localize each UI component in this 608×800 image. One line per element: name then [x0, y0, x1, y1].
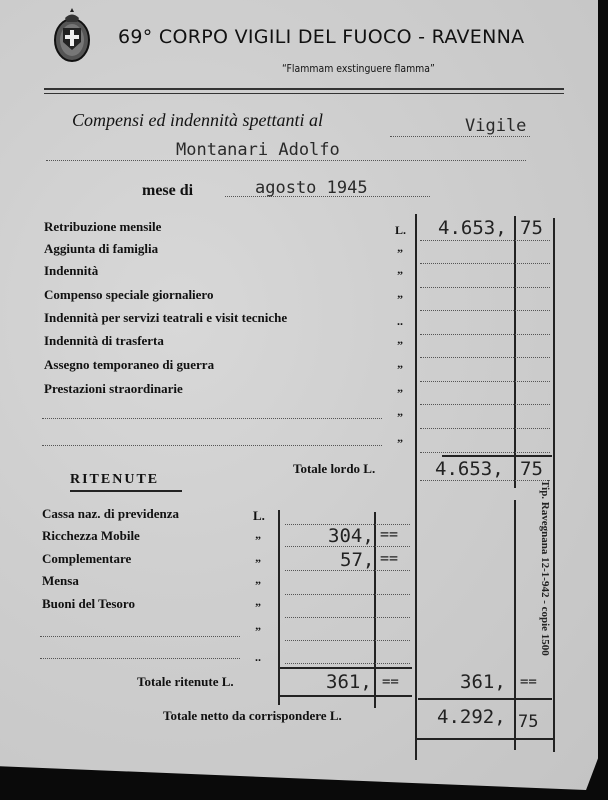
earning-amount-cents: 75: [520, 217, 543, 239]
earning-label: Compenso speciale giornaliero: [44, 287, 213, 303]
gross-total-cents: 75: [520, 458, 543, 480]
net-total-lire: 4.292,: [437, 706, 506, 728]
deduction-label: Cassa naz. di previdenza: [42, 506, 179, 522]
deduction-label: Ricchezza Mobile: [42, 528, 140, 544]
deduction-label: Buoni del Tesoro: [42, 596, 135, 612]
earning-label: Prestazioni straordinarie: [44, 381, 183, 397]
pay-slip-document: 69° CORPO VIGILI DEL FUOCO - RAVENNA “Fl…: [0, 0, 598, 790]
heading-intro: Compensi ed indennità spettanti al: [72, 110, 323, 131]
deduction-label: Complementare: [42, 551, 131, 567]
motto: “Flammam exstinguere flamma”: [282, 62, 435, 75]
net-total-label: Totale netto da corrispondere L.: [163, 708, 342, 724]
deductions-carried-lire: 361,: [460, 671, 506, 693]
earning-label: Indennità di trasferta: [44, 333, 164, 349]
rank-field: Vigile: [465, 116, 526, 136]
net-total-cents: 75: [518, 712, 538, 732]
deduction-amount-cents: ==: [380, 525, 398, 543]
month-label: mese di: [142, 182, 193, 200]
deductions-title: RITENUTE: [70, 472, 159, 488]
earning-label: Assegno temporaneo di guerra: [44, 357, 214, 373]
savoy-crest-icon: [52, 6, 92, 64]
deductions-total-lire: 361,: [326, 671, 372, 693]
deductions-total-cents: ==: [382, 674, 399, 690]
earning-label: Indennità: [44, 263, 98, 279]
deductions-total-label: Totale ritenute L.: [137, 674, 234, 690]
earning-label: Indennità per servizi teatrali e visit t…: [44, 310, 287, 326]
earning-label: Aggiunta di famiglia: [44, 241, 158, 257]
printer-note: Tip. Ravegnana 12-1-942 - copie 1500: [539, 480, 551, 656]
deduction-amount-cents: ==: [380, 549, 398, 567]
deduction-amount-lire: 304,: [328, 525, 374, 547]
employee-name-field: Montanari Adolfo: [176, 140, 340, 160]
deduction-label: Mensa: [42, 573, 79, 589]
month-field: agosto 1945: [255, 178, 368, 198]
gross-total-label: Totale lordo L.: [293, 461, 375, 477]
document-title: 69° CORPO VIGILI DEL FUOCO - RAVENNA: [118, 26, 524, 48]
earning-amount-lire: 4.653,: [438, 217, 507, 239]
deductions-carried-cents: ==: [520, 674, 537, 690]
gross-total-lire: 4.653,: [435, 458, 504, 480]
earning-label: Retribuzione mensile: [44, 219, 161, 235]
deduction-amount-lire: 57,: [340, 549, 374, 571]
